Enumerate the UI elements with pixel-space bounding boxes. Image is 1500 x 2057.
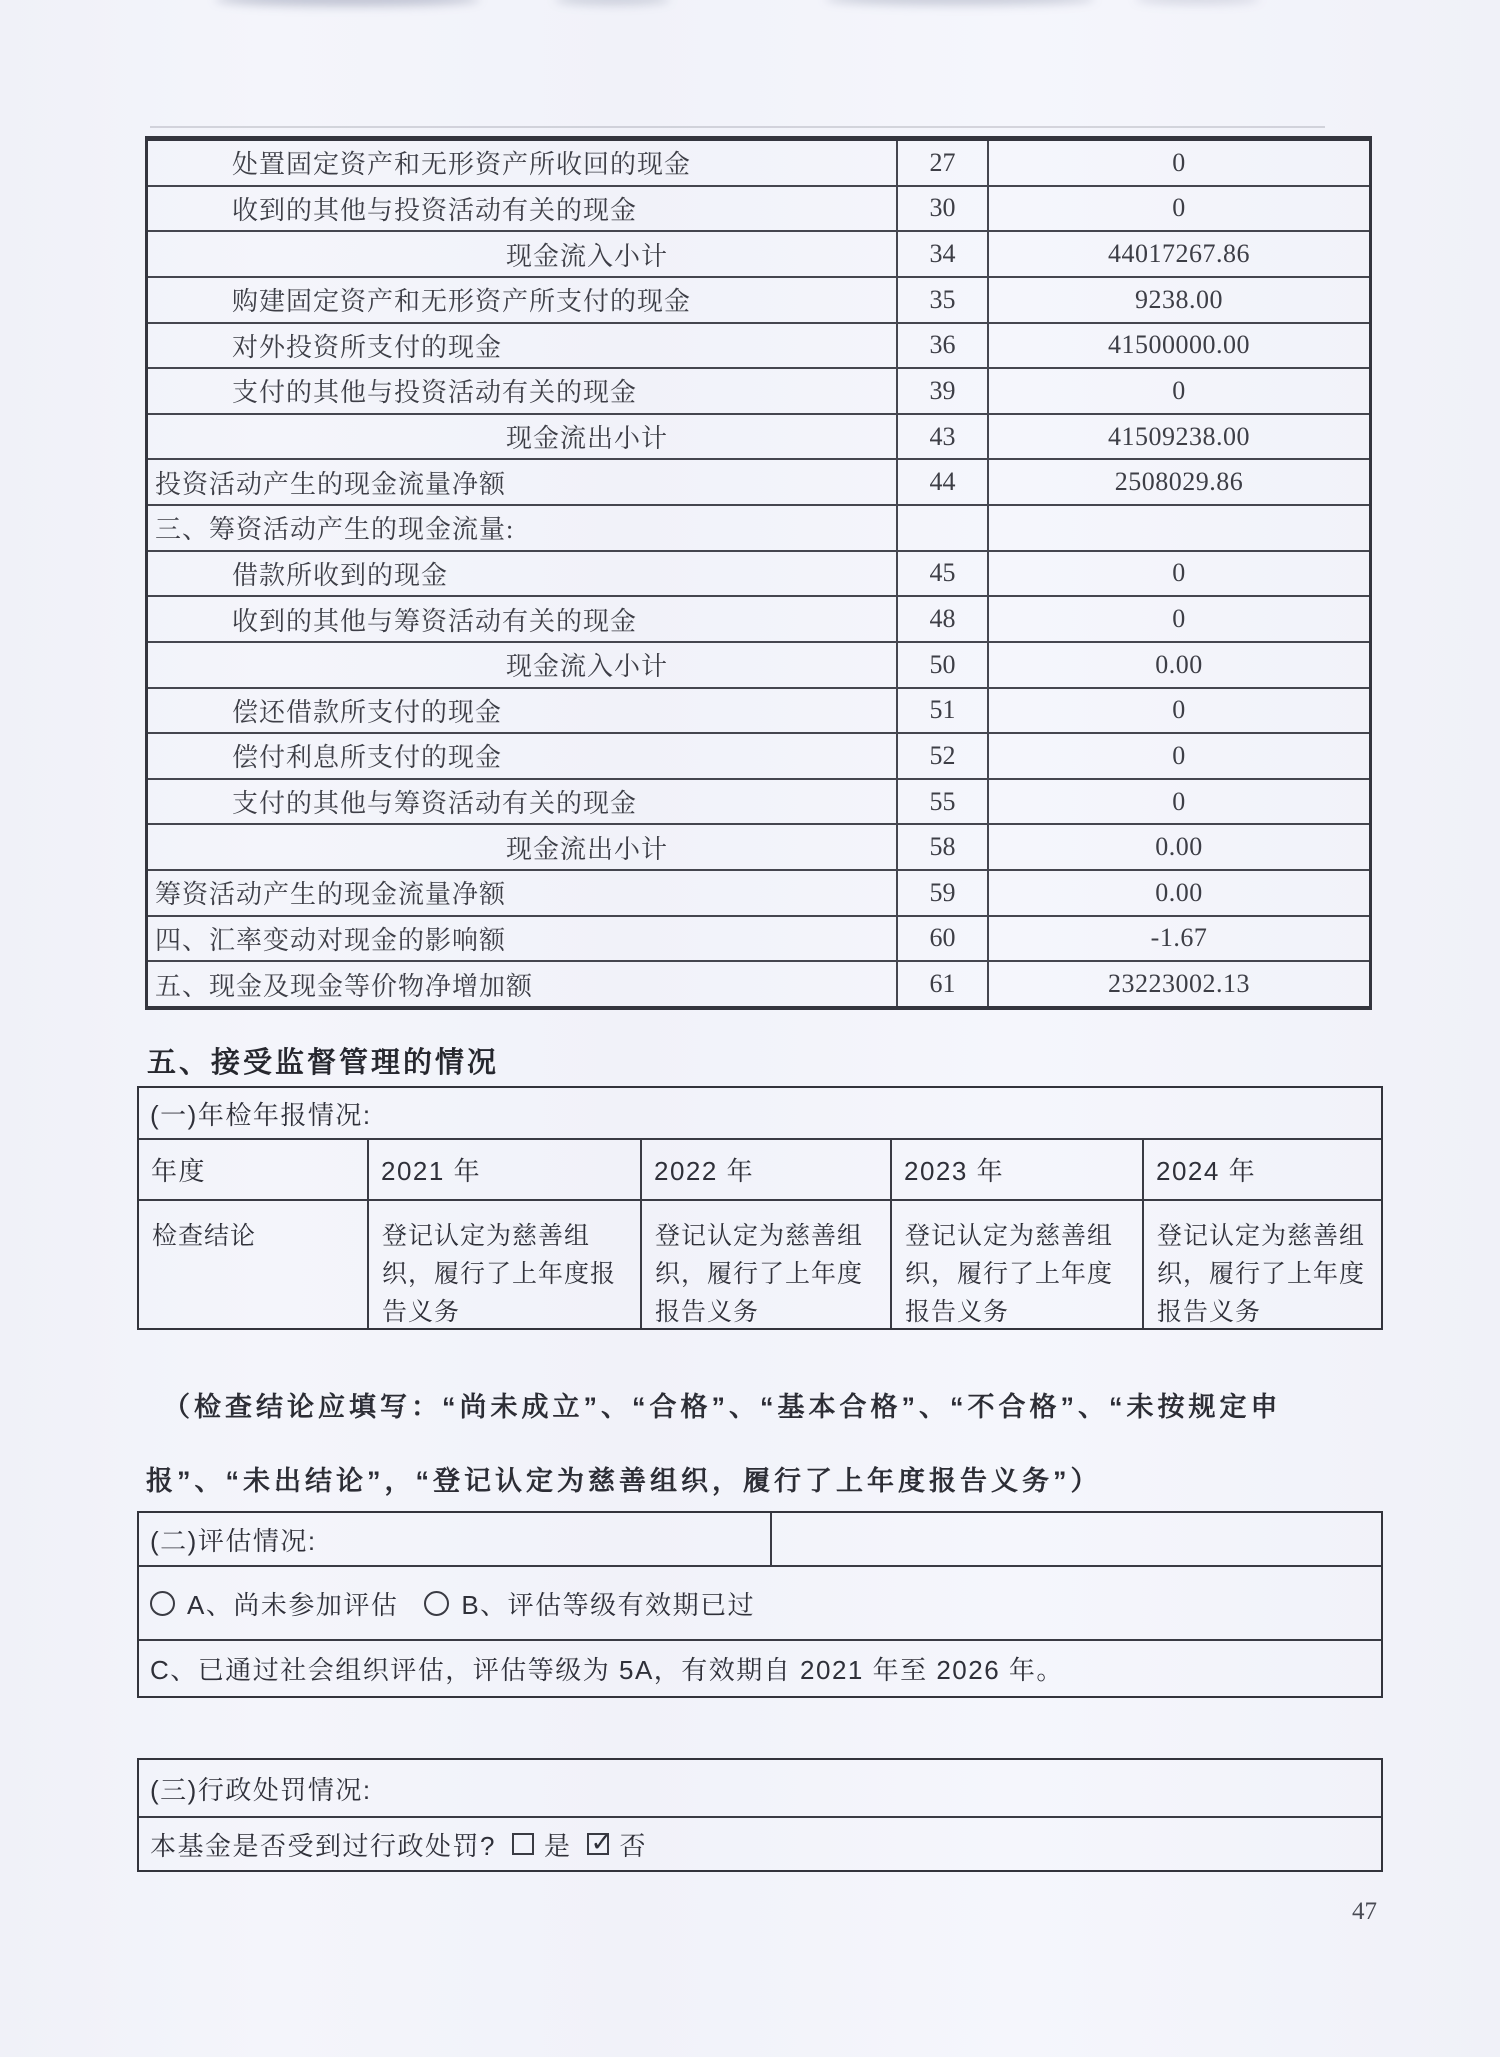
row-label: 处置固定资产和无形资产所收回的现金 xyxy=(148,141,898,185)
line-number: 35 xyxy=(898,278,989,322)
row-label: 偿还借款所支付的现金 xyxy=(148,689,898,733)
row-label: 支付的其他与筹资活动有关的现金 xyxy=(148,780,898,824)
line-number: 59 xyxy=(898,871,989,915)
note-line-2: 报”、“未出结论”，“登记认定为慈善组织，履行了上年度报告义务”） xyxy=(146,1459,1102,1498)
penalty-question: 本基金是否受到过行政处罚? xyxy=(150,1826,496,1863)
row-label: 对外投资所支付的现金 xyxy=(148,324,898,368)
row-label: 现金流入小计 xyxy=(148,643,898,687)
row-label: 五、现金及现金等价物净增加额 xyxy=(148,962,898,1006)
table-row: 支付的其他与投资活动有关的现金 39 0 xyxy=(148,369,1369,415)
conclusion-2024: 登记认定为慈善组织，履行了上年度报告义务 xyxy=(1144,1201,1381,1328)
year-header-label: 年度 xyxy=(139,1140,369,1199)
year-2021: 2021 年 xyxy=(369,1140,642,1199)
row-label: 现金流入小计 xyxy=(148,232,898,276)
scan-smudge xyxy=(825,0,1095,5)
amount: 0.00 xyxy=(989,871,1369,915)
row-label: 支付的其他与投资活动有关的现金 xyxy=(148,369,898,413)
amount: 0 xyxy=(989,552,1369,596)
line-number: 52 xyxy=(898,734,989,778)
radio-option-b-icon xyxy=(424,1591,449,1616)
line-number: 48 xyxy=(898,597,989,641)
section-heading: 五、接受监督管理的情况 xyxy=(147,1040,499,1081)
scanned-report-page: 处置固定资产和无形资产所收回的现金 27 0 收到的其他与投资活动有关的现金 3… xyxy=(0,0,1500,2057)
amount: 2508029.86 xyxy=(989,460,1369,504)
year-2024: 2024 年 xyxy=(1144,1140,1381,1199)
row-label: 投资活动产生的现金流量净额 xyxy=(148,460,898,504)
page-number: 47 xyxy=(1352,1898,1377,1926)
penalty-question-row: 本基金是否受到过行政处罚? 是 否 xyxy=(139,1818,1381,1870)
annual-table-title: (一)年检年报情况: xyxy=(139,1088,1381,1140)
scan-smudge xyxy=(555,0,670,5)
amount: 0 xyxy=(989,734,1369,778)
line-number: 43 xyxy=(898,415,989,459)
line-number: 60 xyxy=(898,917,989,961)
table-row: 收到的其他与投资活动有关的现金 30 0 xyxy=(148,187,1369,233)
year-2022: 2022 年 xyxy=(642,1140,892,1199)
checkbox-no-checked-icon xyxy=(587,1833,609,1855)
scan-smudge xyxy=(1135,0,1260,4)
amount: -1.67 xyxy=(989,917,1369,961)
option-c-text: C、已通过社会组织评估，评估等级为 5A，有效期自 2021 年至 2026 年… xyxy=(150,1650,1064,1687)
amount: 0 xyxy=(989,597,1369,641)
line-number: 61 xyxy=(898,962,989,1006)
table-row: 对外投资所支付的现金 36 41500000.00 xyxy=(148,324,1369,370)
table-row: 现金流入小计 50 0.00 xyxy=(148,643,1369,689)
amount: 9238.00 xyxy=(989,278,1369,322)
conclusion-2022: 登记认定为慈善组织，履行了上年度报告义务 xyxy=(642,1201,892,1328)
penalty-title: (三)行政处罚情况: xyxy=(150,1770,372,1807)
conclusion-2021: 登记认定为慈善组织，履行了上年度报告义务 xyxy=(369,1201,642,1328)
conclusion-2023: 登记认定为慈善组织，履行了上年度报告义务 xyxy=(892,1201,1144,1328)
table-row: 投资活动产生的现金流量净额 44 2508029.86 xyxy=(148,460,1369,506)
line-number: 50 xyxy=(898,643,989,687)
line-number: 39 xyxy=(898,369,989,413)
amount: 0 xyxy=(989,187,1369,231)
amount: 41500000.00 xyxy=(989,324,1369,368)
line-number: 51 xyxy=(898,689,989,733)
row-label: 借款所收到的现金 xyxy=(148,552,898,596)
table-row: 五、现金及现金等价物净增加额 61 23223002.13 xyxy=(148,962,1369,1006)
conclusion-label: 检查结论 xyxy=(139,1201,369,1328)
conclusion-row: 检查结论 登记认定为慈善组织，履行了上年度报告义务 登记认定为慈善组织，履行了上… xyxy=(139,1201,1381,1328)
scan-ghost-line xyxy=(150,126,1325,128)
row-label: 收到的其他与筹资活动有关的现金 xyxy=(148,597,898,641)
amount: 0.00 xyxy=(989,643,1369,687)
line-number xyxy=(898,506,989,550)
table-row: 现金流出小计 58 0.00 xyxy=(148,825,1369,871)
evaluation-title-row: (二)评估情况: xyxy=(139,1513,1381,1567)
amount: 44017267.86 xyxy=(989,232,1369,276)
row-label: 四、汇率变动对现金的影响额 xyxy=(148,917,898,961)
row-label: 筹资活动产生的现金流量净额 xyxy=(148,871,898,915)
scan-smudge xyxy=(215,0,480,6)
line-number: 44 xyxy=(898,460,989,504)
line-number: 27 xyxy=(898,141,989,185)
table-row: 处置固定资产和无形资产所收回的现金 27 0 xyxy=(148,141,1369,187)
evaluation-title: (二)评估情况: xyxy=(139,1513,772,1565)
line-number: 45 xyxy=(898,552,989,596)
table-row: 三、筹资活动产生的现金流量: xyxy=(148,506,1369,552)
amount: 0 xyxy=(989,689,1369,733)
option-a-label: A、尚未参加评估 xyxy=(187,1585,398,1622)
table-row: 偿付利息所支付的现金 52 0 xyxy=(148,734,1369,780)
no-label: 否 xyxy=(619,1826,647,1863)
row-label: 收到的其他与投资活动有关的现金 xyxy=(148,187,898,231)
table-row: 偿还借款所支付的现金 51 0 xyxy=(148,689,1369,735)
line-number: 55 xyxy=(898,780,989,824)
table-row: 支付的其他与筹资活动有关的现金 55 0 xyxy=(148,780,1369,826)
note-line-1: （检查结论应填写：“尚未成立”、“合格”、“基本合格”、“不合格”、“未按规定申 xyxy=(163,1385,1282,1424)
row-label: 偿付利息所支付的现金 xyxy=(148,734,898,778)
penalty-table: (三)行政处罚情况: 本基金是否受到过行政处罚? 是 否 xyxy=(137,1758,1383,1872)
table-row: 四、汇率变动对现金的影响额 60 -1.67 xyxy=(148,917,1369,963)
line-number: 34 xyxy=(898,232,989,276)
amount: 0 xyxy=(989,780,1369,824)
row-label: 现金流出小计 xyxy=(148,415,898,459)
table-row: 现金流出小计 43 41509238.00 xyxy=(148,415,1369,461)
amount: 0.00 xyxy=(989,825,1369,869)
row-label: 购建固定资产和无形资产所支付的现金 xyxy=(148,278,898,322)
evaluation-table: (二)评估情况: A、尚未参加评估 B、评估等级有效期已过 C、已通过社会组织评… xyxy=(137,1511,1383,1698)
radio-option-a-icon xyxy=(150,1591,175,1616)
table-row: 借款所收到的现金 45 0 xyxy=(148,552,1369,598)
evaluation-options-row: A、尚未参加评估 B、评估等级有效期已过 xyxy=(139,1567,1381,1641)
amount: 0 xyxy=(989,369,1369,413)
table-row: 筹资活动产生的现金流量净额 59 0.00 xyxy=(148,871,1369,917)
option-b-label: B、评估等级有效期已过 xyxy=(461,1585,755,1622)
line-number: 30 xyxy=(898,187,989,231)
line-number: 58 xyxy=(898,825,989,869)
row-label: 三、筹资活动产生的现金流量: xyxy=(148,506,898,550)
year-2023: 2023 年 xyxy=(892,1140,1144,1199)
amount xyxy=(989,506,1369,550)
checkbox-yes-icon xyxy=(512,1833,534,1855)
table-row: 收到的其他与筹资活动有关的现金 48 0 xyxy=(148,597,1369,643)
amount: 23223002.13 xyxy=(989,962,1369,1006)
line-number: 36 xyxy=(898,324,989,368)
table-row: 购建固定资产和无形资产所支付的现金 35 9238.00 xyxy=(148,278,1369,324)
evaluation-option-c-row: C、已通过社会组织评估，评估等级为 5A，有效期自 2021 年至 2026 年… xyxy=(139,1641,1381,1696)
amount: 0 xyxy=(989,141,1369,185)
amount: 41509238.00 xyxy=(989,415,1369,459)
penalty-title-row: (三)行政处罚情况: xyxy=(139,1760,1381,1818)
annual-inspection-table: (一)年检年报情况: 年度 2021 年 2022 年 2023 年 2024 … xyxy=(137,1086,1383,1330)
row-label: 现金流出小计 xyxy=(148,825,898,869)
yes-label: 是 xyxy=(544,1826,572,1863)
table-row: 现金流入小计 34 44017267.86 xyxy=(148,232,1369,278)
year-header-row: 年度 2021 年 2022 年 2023 年 2024 年 xyxy=(139,1140,1381,1201)
cash-flow-table: 处置固定资产和无形资产所收回的现金 27 0 收到的其他与投资活动有关的现金 3… xyxy=(145,136,1372,1010)
